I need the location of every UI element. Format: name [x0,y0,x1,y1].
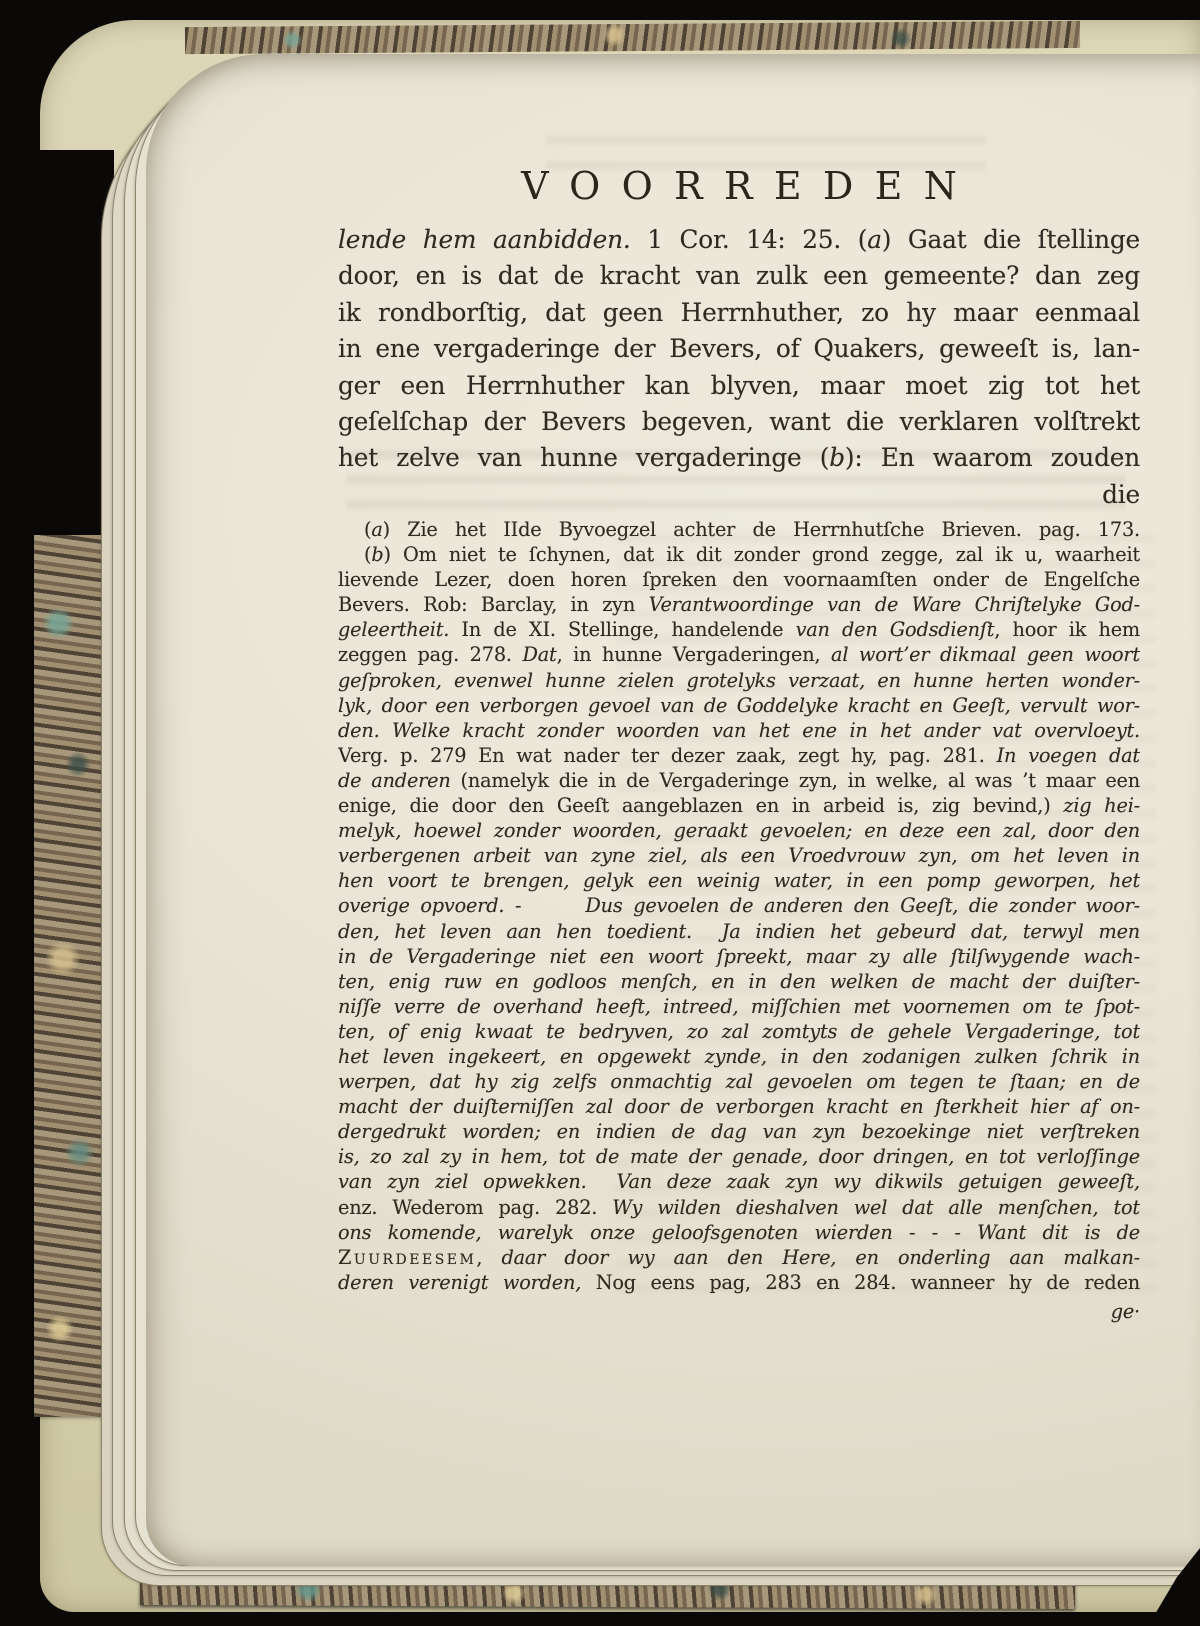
text-line: geſelſchap der Bevers begeven, want die … [338,404,1140,440]
text-line: (b) Om niet te ſchynen, dat ik dit zonde… [338,542,1140,567]
text-line: Bevers. Rob: Barclay, in zyn Verantwoord… [338,592,1140,617]
main-text: lende hem aanbidden. 1 Cor. 14: 25. (a) … [338,222,1140,513]
text-line: Zuurdeesem, daar door wy aan den Here, e… [338,1245,1140,1270]
text-line: dergedrukt worden; en indien de dag van … [338,1119,1140,1144]
text-line: werpen, dat hy zig zelfs onmachtig zal g… [338,1069,1140,1094]
photo-background: { "colors":{ "background":"#0b0908", "pa… [0,0,1200,1626]
text-line: verbergenen arbeit van zyne ziel, als ee… [338,843,1140,868]
marbled-edge-left [34,535,110,1417]
catchword: ge· [338,1299,1140,1324]
text-line: hen voort te brengen, gelyk een weinig w… [338,868,1140,893]
text-line: den. Welke kracht zonder woorden van het… [338,718,1140,743]
text-line: in de Vergaderinge niet een woort ſpreek… [338,944,1140,969]
text-line: lievende Lezer, doen horen ſpreken den v… [338,567,1140,592]
text-line: ons komende, warelyk onze geloofsgenoten… [338,1220,1140,1245]
text-column: VOORREDEN lende hem aanbidden. 1 Cor. 14… [338,54,1140,1566]
text-line: geſproken, evenwel hunne zielen grotelyk… [338,668,1140,693]
text-line: lende hem aanbidden. 1 Cor. 14: 25. (a) … [338,222,1140,258]
text-line: ik rondborſtig, dat geen Herrnhuther, zo… [338,295,1140,331]
text-line: den, het leven aan hen toedient. Ja indi… [338,919,1140,944]
text-line: deren verenigt worden, Nog eens pag, 283… [338,1270,1140,1295]
text-line: Verg. p. 279 En wat nader ter dezer zaak… [338,743,1140,768]
book-page: VOORREDEN lende hem aanbidden. 1 Cor. 14… [146,54,1200,1566]
text-line: ten, enig ruw en godloos menſch, en in d… [338,969,1140,994]
text-line: zeggen pag. 278. Dat, in hunne Vergaderi… [338,642,1140,667]
text-line: melyk, hoewel zonder woorden, geraakt ge… [338,818,1140,843]
text-line: ten, of enig kwaat te bedryven, zo zal z… [338,1019,1140,1044]
text-line: (a) Zie het IIde Byvoegzel achter de Her… [338,517,1140,542]
text-line: van zyn ziel opwekken. Van deze zaak zyn… [338,1169,1140,1194]
text-line: lyk, door een verborgen gevoel van de Go… [338,693,1140,718]
text-line: enige, die door den Geeſt aangeblazen en… [338,793,1140,818]
text-line: die [338,477,1140,513]
text-line: het zelve van hunne vergaderinge (b): En… [338,440,1140,476]
text-line: door, en is dat de kracht van zulk een g… [338,258,1140,294]
text-line: in ene vergaderinge der Bevers, of Quake… [338,331,1140,367]
text-line: niſſe verre de overhand heeft, intreed, … [338,994,1140,1019]
text-line: ger een Herrnhuther kan blyven, maar moe… [338,368,1140,404]
text-line: geleertheit. In de XI. Stellinge, handel… [338,617,1140,642]
page-title: VOORREDEN [338,164,1140,208]
text-line: is, zo zal zy in hem, tot de mate der ge… [338,1144,1140,1169]
text-line: overige opvoerd. - Dus gevoelen de ander… [338,893,1140,918]
text-line: het leven ingekeert, en opgewekt zynde, … [338,1044,1140,1069]
footnotes: (a) Zie het IIde Byvoegzel achter de Her… [338,517,1140,1324]
text-line: macht der duiſterniſſen zal door de verb… [338,1094,1140,1119]
text-line: de anderen (namelyk die in de Vergaderin… [338,768,1140,793]
text-line: enz. Wederom pag. 282. Wy wilden dieshal… [338,1195,1140,1220]
